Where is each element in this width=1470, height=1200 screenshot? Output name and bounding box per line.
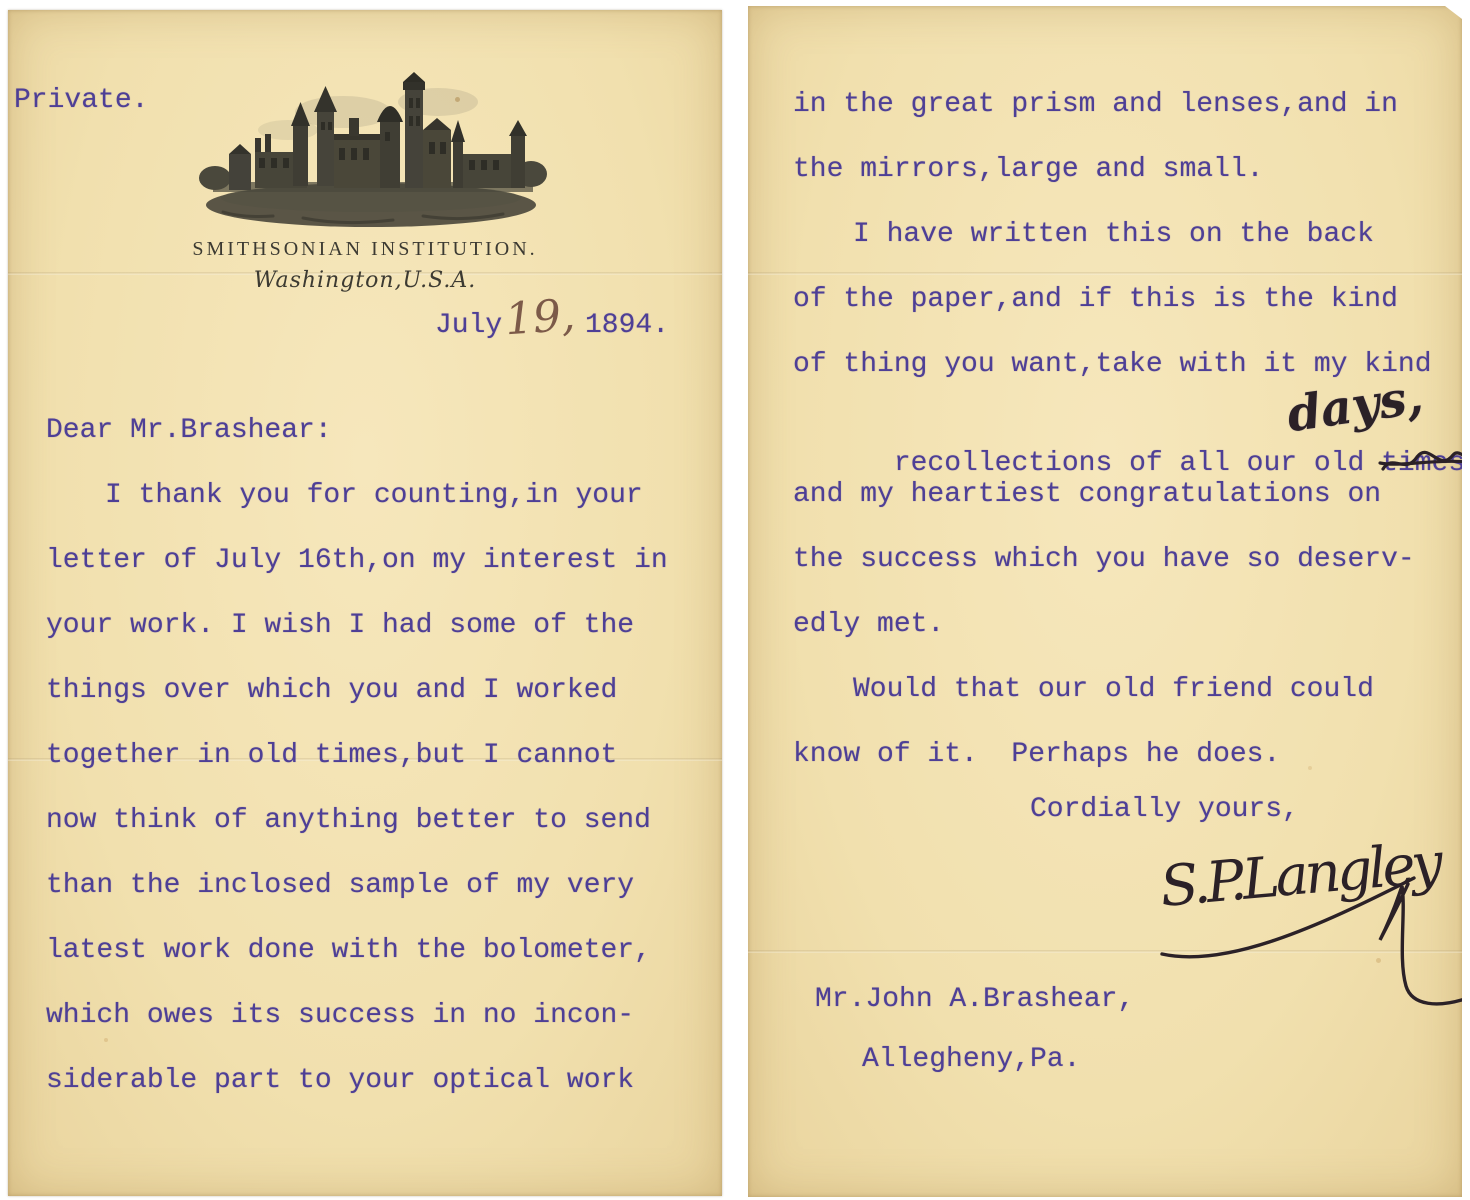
fold-crease bbox=[748, 272, 1462, 275]
letter-line: the success which you have so deserv- bbox=[793, 543, 1415, 577]
date-month-typed: July bbox=[435, 309, 502, 343]
letter-line: know of it. Perhaps he does. bbox=[793, 738, 1280, 772]
letter-line: of the paper,and if this is the kind bbox=[793, 283, 1398, 317]
letter-line: your work. I wish I had some of the bbox=[46, 609, 634, 643]
handwritten-correction: days, bbox=[1285, 380, 1425, 433]
letter-page-1: Private. bbox=[8, 10, 722, 1196]
letter-line: siderable part to your optical work bbox=[46, 1064, 634, 1098]
letter-scan: Private. bbox=[0, 0, 1470, 1200]
paper-stain bbox=[1308, 766, 1312, 770]
letter-line: things over which you and I worked bbox=[46, 674, 617, 708]
letter-line-prefix: recollections of all our old bbox=[894, 448, 1381, 479]
letter-line: which owes its success in no incon- bbox=[46, 999, 634, 1033]
letter-line: and my heartiest congratulations on bbox=[793, 478, 1381, 512]
letter-line: now think of anything better to send bbox=[46, 804, 651, 838]
paper-stain bbox=[104, 1038, 108, 1042]
letter-line: the mirrors,large and small. bbox=[793, 153, 1263, 187]
letter-line: Would that our old friend could bbox=[793, 673, 1374, 707]
date-day-handwritten: 19, bbox=[503, 290, 576, 346]
letter-line: latest work done with the bolometer, bbox=[46, 934, 651, 968]
letter-line: than the inclosed sample of my very bbox=[46, 869, 634, 903]
letterhead-location: Washington,U.S.A. bbox=[8, 268, 722, 293]
letter-line: edly met. bbox=[793, 608, 944, 642]
recipient-name: Mr.John A.Brashear, bbox=[815, 983, 1134, 1017]
letter-line: together in old times,but I cannot bbox=[46, 739, 617, 773]
date-year-typed: 1894. bbox=[585, 309, 669, 343]
letter-line: I thank you for counting,in your bbox=[46, 479, 643, 513]
strikethrough-scribble-icon bbox=[1377, 443, 1470, 483]
letter-line: I have written this on the back bbox=[793, 218, 1374, 252]
letter-line: in the great prism and lenses,and in bbox=[793, 88, 1398, 122]
smithsonian-castle-engraving bbox=[193, 50, 553, 240]
letter-line: letter of July 16th,on my interest in bbox=[46, 544, 668, 578]
signature-sp-langley: S.P.Langley bbox=[1146, 828, 1470, 1043]
struck-typed-word: times bbox=[1381, 447, 1465, 481]
recipient-city: Allegheny,Pa. bbox=[862, 1043, 1080, 1077]
letterhead-institution: SMITHSONIAN INSTITUTION. bbox=[8, 238, 722, 261]
closing: Cordially yours, bbox=[1030, 793, 1299, 827]
letter-line: of thing you want,take with it my kind bbox=[793, 348, 1432, 382]
salutation: Dear Mr.Brashear: bbox=[46, 414, 332, 448]
letter-page-2: in the great prism and lenses,and in the… bbox=[748, 6, 1462, 1197]
private-label: Private. bbox=[14, 84, 148, 118]
